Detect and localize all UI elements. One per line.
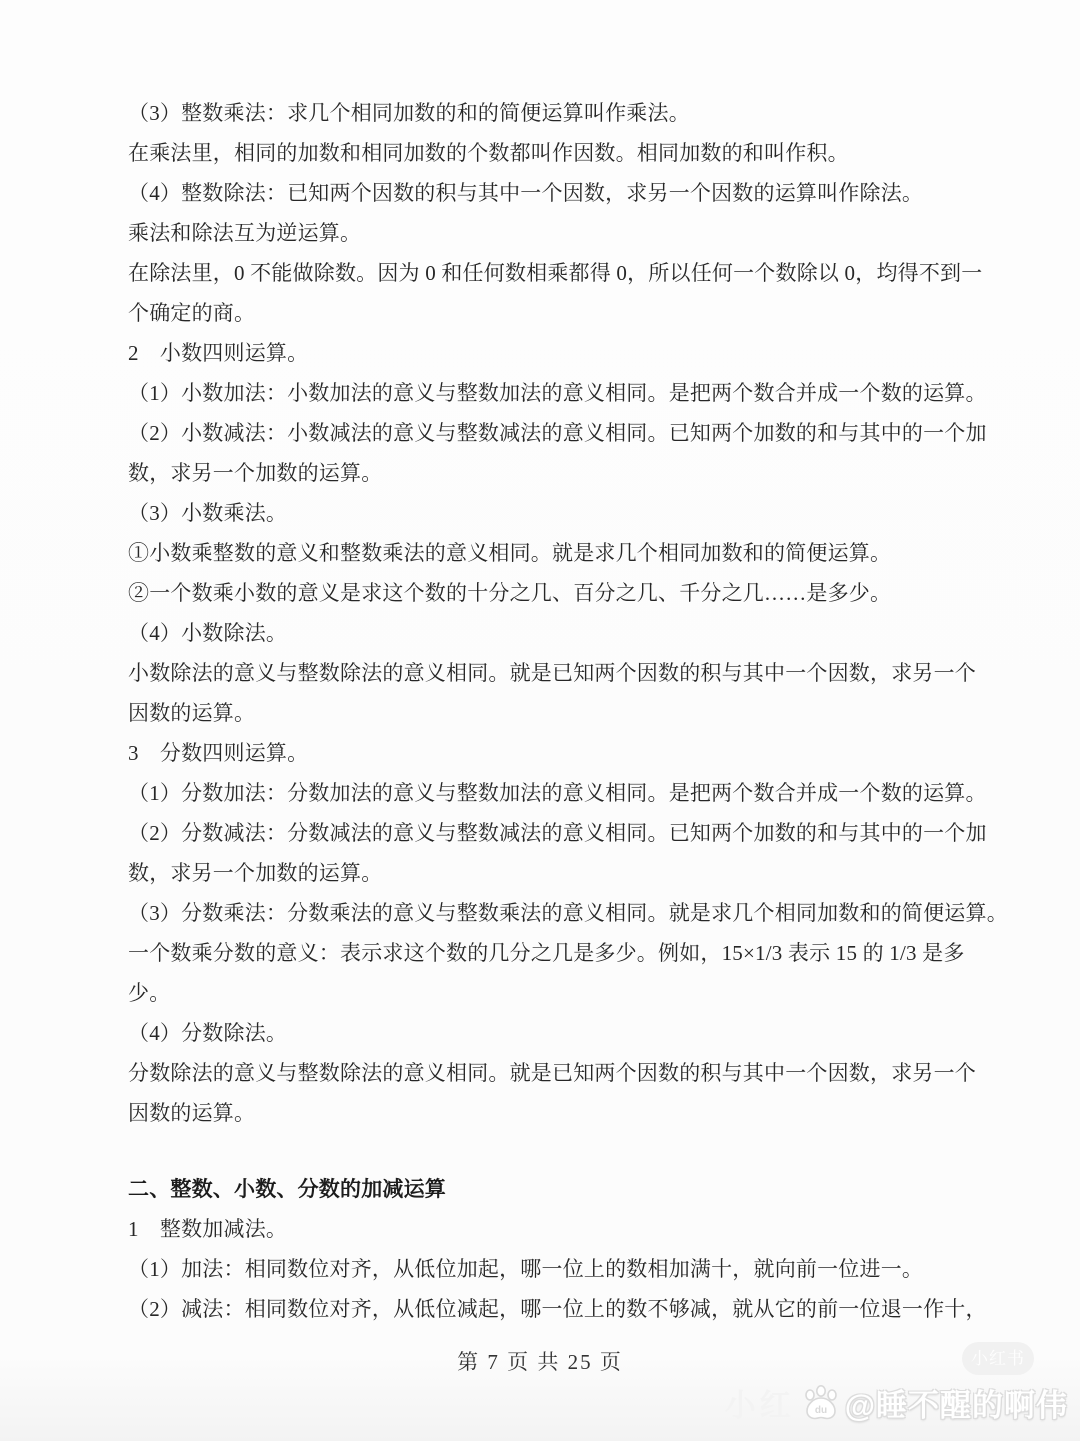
text-line: （3）整数乘法：求几个相同加数的和的简便运算叫作乘法。 bbox=[128, 93, 960, 133]
text-line: （2）小数减法：小数减法的意义与整数减法的意义相同。已知两个加数的和与其中的一个… bbox=[128, 413, 960, 453]
document-page: （3）整数乘法：求几个相同加数的和的简便运算叫作乘法。在乘法里，相同的加数和相同… bbox=[0, 0, 1080, 1441]
text-line: （4）分数除法。 bbox=[128, 1013, 960, 1053]
text-line: 在除法里，0 不能做除数。因为 0 和任何数相乘都得 0，所以任何一个数除以 0… bbox=[128, 253, 960, 293]
text-line: 2 小数四则运算。 bbox=[128, 333, 960, 373]
text-line: ②一个数乘小数的意义是求这个数的十分之几、百分之几、千分之几……是多少。 bbox=[128, 573, 960, 613]
text-line: （3）分数乘法：分数乘法的意义与整数乘法的意义相同。就是求几个相同加数和的简便运… bbox=[128, 893, 960, 933]
text-line: 小数除法的意义与整数除法的意义相同。就是已知两个因数的积与其中一个因数，求另一个 bbox=[128, 653, 960, 693]
text-line: 数，求另一个加数的运算。 bbox=[128, 853, 960, 893]
svg-text:du: du bbox=[815, 1405, 827, 1416]
text-line: 因数的运算。 bbox=[128, 693, 960, 733]
text-line: （4）小数除法。 bbox=[128, 613, 960, 653]
watermark-handle-text: @睡不醒的啊伟 bbox=[845, 1380, 1068, 1425]
text-line: 乘法和除法互为逆运算。 bbox=[128, 213, 960, 253]
text-line: 3 分数四则运算。 bbox=[128, 733, 960, 773]
text-line: 在乘法里，相同的加数和相同加数的个数都叫作因数。相同加数的和叫作积。 bbox=[128, 133, 960, 173]
text-line: 数，求另一个加数的运算。 bbox=[128, 453, 960, 493]
text-line: （3）小数乘法。 bbox=[128, 493, 960, 533]
text-line: 分数除法的意义与整数除法的意义相同。就是已知两个因数的积与其中一个因数，求另一个 bbox=[128, 1053, 960, 1093]
text-line: ①小数乘整数的意义和整数乘法的意义相同。就是求几个相同加数和的简便运算。 bbox=[128, 533, 960, 573]
document-body: （3）整数乘法：求几个相同加数的和的简便运算叫作乘法。在乘法里，相同的加数和相同… bbox=[128, 93, 960, 1329]
xiaohongshu-badge: 小红书 bbox=[962, 1342, 1034, 1375]
text-line: （1）小数加法：小数加法的意义与整数加法的意义相同。是把两个数合并成一个数的运算… bbox=[128, 373, 960, 413]
text-line: （2）减法：相同数位对齐，从低位减起，哪一位上的数不够减，就从它的前一位退一作十… bbox=[128, 1289, 960, 1329]
text-line: 二、整数、小数、分数的加减运算 bbox=[128, 1169, 960, 1209]
paw-icon: du bbox=[801, 1382, 841, 1422]
text-line: 一个数乘分数的意义：表示求这个数的几分之几是多少。例如，15×1/3 表示 15… bbox=[128, 933, 960, 973]
text-line: （1）分数加法：分数加法的意义与整数加法的意义相同。是把两个数合并成一个数的运算… bbox=[128, 773, 960, 813]
text-line: 1 整数加减法。 bbox=[128, 1209, 960, 1249]
text-line: （1）加法：相同数位对齐，从低位加起，哪一位上的数相加满十，就向前一位进一。 bbox=[128, 1249, 960, 1289]
text-line: 因数的运算。 bbox=[128, 1093, 960, 1133]
page-number-footer: 第 7 页 共 25 页 bbox=[0, 1344, 1080, 1380]
text-line: （2）分数减法：分数减法的意义与整数减法的意义相同。已知两个加数的和与其中的一个… bbox=[128, 813, 960, 853]
watermark-faint-text: 小红 bbox=[725, 1380, 795, 1425]
watermark: 小红 du @睡不醒的啊伟 bbox=[725, 1381, 1068, 1423]
text-line: 个确定的商。 bbox=[128, 293, 960, 333]
text-line: （4）整数除法：已知两个因数的积与其中一个因数，求另一个因数的运算叫作除法。 bbox=[128, 173, 960, 213]
text-line: 少。 bbox=[128, 973, 960, 1013]
